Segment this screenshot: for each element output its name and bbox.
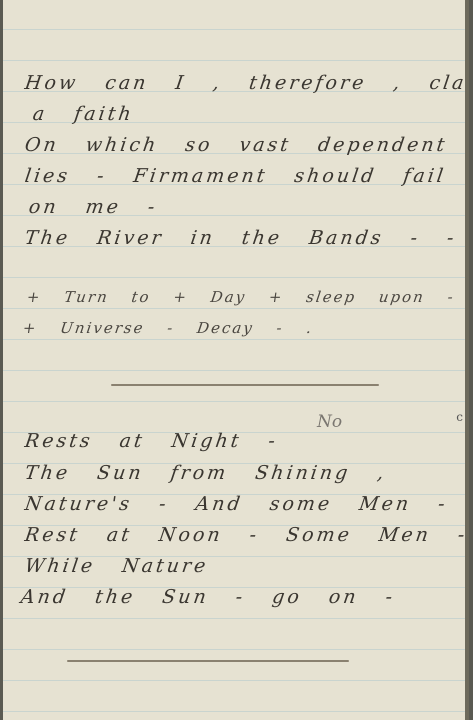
stanza2-line-5: While Nature	[23, 555, 209, 577]
section-divider-2	[67, 660, 349, 662]
note-line-1: + Turn to + Day + sleep upon -	[26, 288, 456, 306]
stanza1-line-3: On which so vast dependent -	[23, 134, 469, 156]
stanza2-line-3: Nature's - And some Men -	[23, 493, 449, 515]
stanza1-line-5: on me -	[27, 196, 159, 218]
stanza1-line-1: How can I , therefore , claim	[23, 72, 469, 94]
pencil-annotation: No	[317, 412, 342, 432]
stanza2-line-2: The Sun from Shining ,	[23, 462, 388, 484]
stanza2-line-1: Rests at Night -	[23, 430, 279, 452]
stanza2-line-6: And the Sun - go on -	[19, 586, 396, 608]
section-divider-1	[111, 384, 379, 386]
page-edge	[465, 0, 469, 720]
stanza1-line-4: lies - Firmament should fail	[23, 165, 447, 187]
stanza1-line-2: a faith	[31, 103, 135, 125]
note-line-2: + Universe - Decay - .	[22, 319, 315, 337]
stanza2-line-4: Rest at Noon - Some Men -	[23, 524, 468, 546]
stanza1-line-6: The River in the Bands - -	[23, 227, 458, 249]
manuscript-page: How can I , therefore , claim a faith On…	[3, 0, 469, 720]
margin-mark: c	[456, 410, 463, 424]
